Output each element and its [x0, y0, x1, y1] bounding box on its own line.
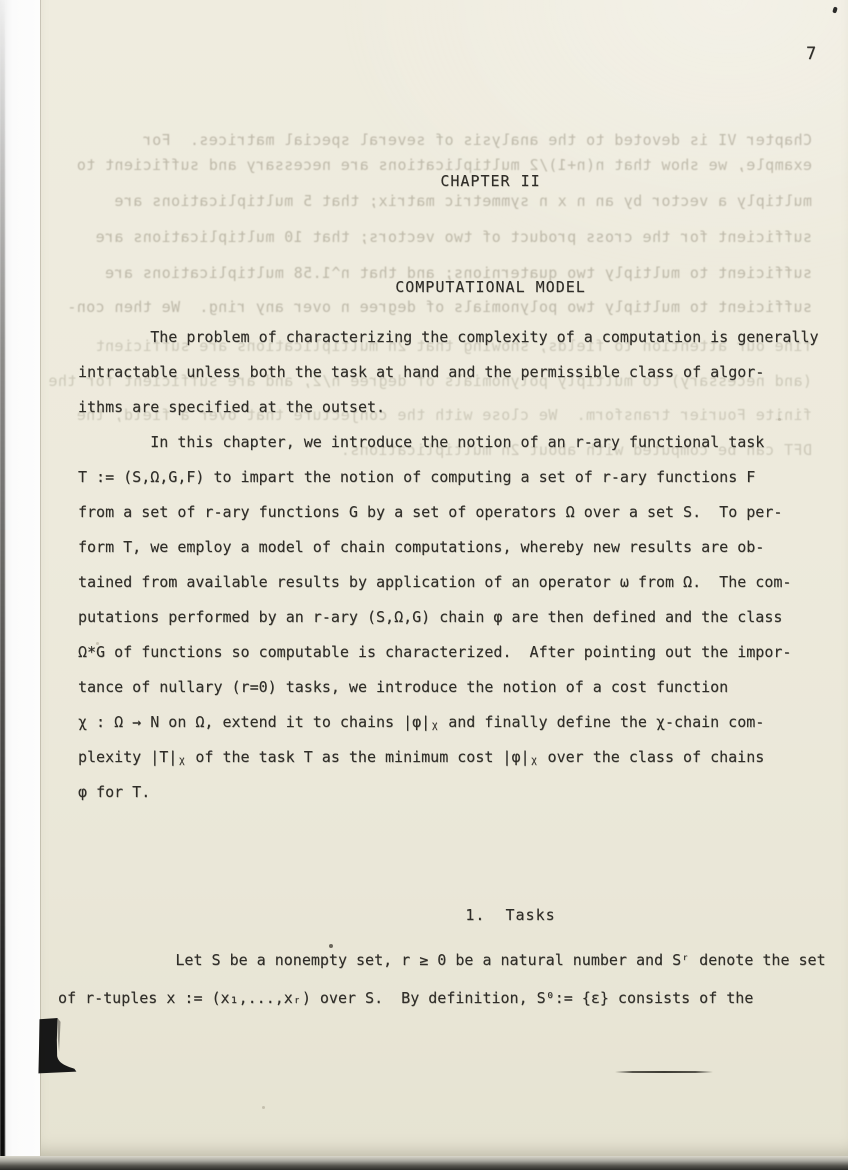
paper-speck — [96, 642, 99, 645]
paragraph-1: The problem of characterizing the comple… — [78, 320, 819, 425]
spine-shadow — [0, 0, 5, 1170]
text-line: ithms are specified at the outset. — [78, 390, 819, 425]
document-scan: Chapter VI is devoted to the analysis of… — [0, 0, 848, 1170]
text-line: from a set of r-ary functions G by a set… — [78, 495, 791, 530]
text-line: tained from available results by applica… — [78, 565, 791, 600]
text-line: T := (S,Ω,G,F) to impart the notion of c… — [78, 460, 791, 495]
scanner-gutter — [0, 0, 40, 1170]
ink-blot-mark — [35, 1018, 78, 1079]
text-line: Let S be a nonempty set, r ≥ 0 be a natu… — [58, 941, 826, 979]
text-line: Ω*G of functions so computable is charac… — [78, 635, 791, 670]
paragraph-2: In this chapter, we introduce the notion… — [78, 425, 791, 810]
chapter-heading: CHAPTER II — [78, 172, 848, 190]
text-line: of r-tuples x := (x₁,...,xᵣ) over S. By … — [58, 979, 826, 1017]
ghost-line: sufficient to multiply two polynomials o… — [60, 298, 812, 316]
stray-ink-line — [615, 1071, 713, 1073]
text-line: putations performed by an r-ary (S,Ω,G) … — [78, 600, 791, 635]
ghost-line: multiply a vector by an n x n symmetric … — [60, 192, 812, 210]
page-bottom-edge — [0, 1156, 848, 1170]
text-line: φ for T. — [78, 775, 791, 810]
paper-speck — [778, 418, 781, 421]
ink-blot-shape — [35, 1018, 78, 1075]
text-line: tance of nullary (r=0) tasks, we introdu… — [78, 670, 791, 705]
page-number: 7 — [806, 44, 816, 64]
text-line: intractable unless both the task at hand… — [78, 355, 819, 390]
document-title: COMPUTATIONAL MODEL — [78, 278, 848, 296]
text-line: In this chapter, we introduce the notion… — [78, 425, 791, 460]
ghost-line: Chapter VI is devoted to the analysis of… — [60, 131, 812, 149]
text-line: form T, we employ a model of chain compu… — [78, 530, 791, 565]
text-line: χ : Ω → N on Ω, extend it to chains |φ|ᵪ… — [78, 705, 791, 740]
text-line: The problem of characterizing the comple… — [78, 320, 819, 355]
paper-speck — [329, 944, 333, 948]
section-heading-tasks: 1. Tasks — [78, 906, 848, 924]
text-line: plexity |T|ᵪ of the task T as the minimu… — [78, 740, 791, 775]
paper-speck — [262, 1106, 265, 1109]
paragraph-3: Let S be a nonempty set, r ≥ 0 be a natu… — [58, 941, 826, 1017]
ghost-line: sufficient for the cross product of two … — [60, 228, 812, 246]
